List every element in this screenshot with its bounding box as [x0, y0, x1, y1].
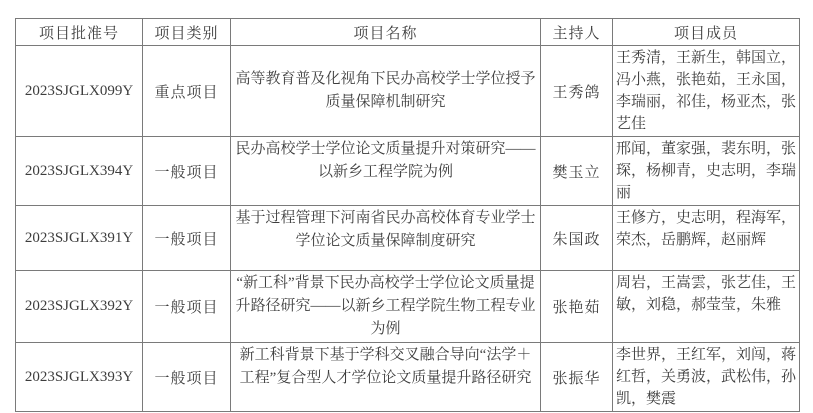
project-category-cell: 一般项目 — [143, 271, 231, 343]
project-category-cell: 重点项目 — [143, 46, 231, 137]
project-category-cell: 一般项目 — [143, 343, 231, 412]
table-row: 2023SJGLX394Y 一般项目 民办高校学士学位论文质量提升对策研究——以… — [16, 137, 800, 206]
projects-table: 项目批准号 项目类别 项目名称 主持人 项目成员 2023SJGLX099Y 重… — [15, 18, 800, 412]
project-category-cell: 一般项目 — [143, 137, 231, 206]
project-members-cell: 周岩，王嵩雲，张艺佳，王敏，刘稳，郝莹莹，朱雅 — [613, 271, 800, 343]
project-name-cell: 新工科背景下基于学科交叉融合导向“法学＋工程”复合型人才学位论文质量提升路径研究 — [231, 343, 541, 412]
project-leader-cell: 张振华 — [541, 343, 613, 412]
table-row: 2023SJGLX392Y 一般项目 “新工科”背景下民办高校学士学位论文质量提… — [16, 271, 800, 343]
project-category-cell: 一般项目 — [143, 206, 231, 271]
project-leader-cell: 朱国政 — [541, 206, 613, 271]
project-name-cell: 民办高校学士学位论文质量提升对策研究——以新乡工程学院为例 — [231, 137, 541, 206]
project-members-cell: 邢闻，董家强，裴东明，张琛，杨柳青，史志明，李瑞丽 — [613, 137, 800, 206]
project-members-cell: 李世界，王红军，刘闯，蒋红哲，关勇波，武松伟，孙凯，樊震 — [613, 343, 800, 412]
project-members-cell: 王秀清，王新生，韩国立，冯小燕，张艳茹，王永国，李瑞丽，祁佳，杨亚杰，张艺佳 — [613, 46, 800, 137]
table-row: 2023SJGLX391Y 一般项目 基于过程管理下河南省民办高校体育专业学士学… — [16, 206, 800, 271]
project-id-cell: 2023SJGLX391Y — [16, 206, 143, 271]
project-id-cell: 2023SJGLX099Y — [16, 46, 143, 137]
project-leader-cell: 张艳茹 — [541, 271, 613, 343]
table-row: 2023SJGLX099Y 重点项目 高等教育普及化视角下民办高校学士学位授予质… — [16, 46, 800, 137]
header-project-category: 项目类别 — [143, 19, 231, 46]
project-leader-cell: 樊玉立 — [541, 137, 613, 206]
header-project-members: 项目成员 — [613, 19, 800, 46]
header-project-name: 项目名称 — [231, 19, 541, 46]
project-id-cell: 2023SJGLX394Y — [16, 137, 143, 206]
project-leader-cell: 王秀鸽 — [541, 46, 613, 137]
project-name-cell: 高等教育普及化视角下民办高校学士学位授予质量保障机制研究 — [231, 46, 541, 137]
project-name-cell: 基于过程管理下河南省民办高校体育专业学士学位论文质量保障制度研究 — [231, 206, 541, 271]
table-row: 2023SJGLX393Y 一般项目 新工科背景下基于学科交叉融合导向“法学＋工… — [16, 343, 800, 412]
project-id-cell: 2023SJGLX393Y — [16, 343, 143, 412]
project-id-cell: 2023SJGLX392Y — [16, 271, 143, 343]
project-name-cell: “新工科”背景下民办高校学士学位论文质量提升路径研究——以新乡工程学院生物工程专… — [231, 271, 541, 343]
header-row: 项目批准号 项目类别 项目名称 主持人 项目成员 — [16, 19, 800, 46]
projects-table-container: 项目批准号 项目类别 项目名称 主持人 项目成员 2023SJGLX099Y 重… — [15, 18, 800, 412]
header-project-id: 项目批准号 — [16, 19, 143, 46]
project-members-cell: 王修方，史志明，程海军，荣杰，岳鹏辉，赵丽辉 — [613, 206, 800, 271]
header-project-leader: 主持人 — [541, 19, 613, 46]
